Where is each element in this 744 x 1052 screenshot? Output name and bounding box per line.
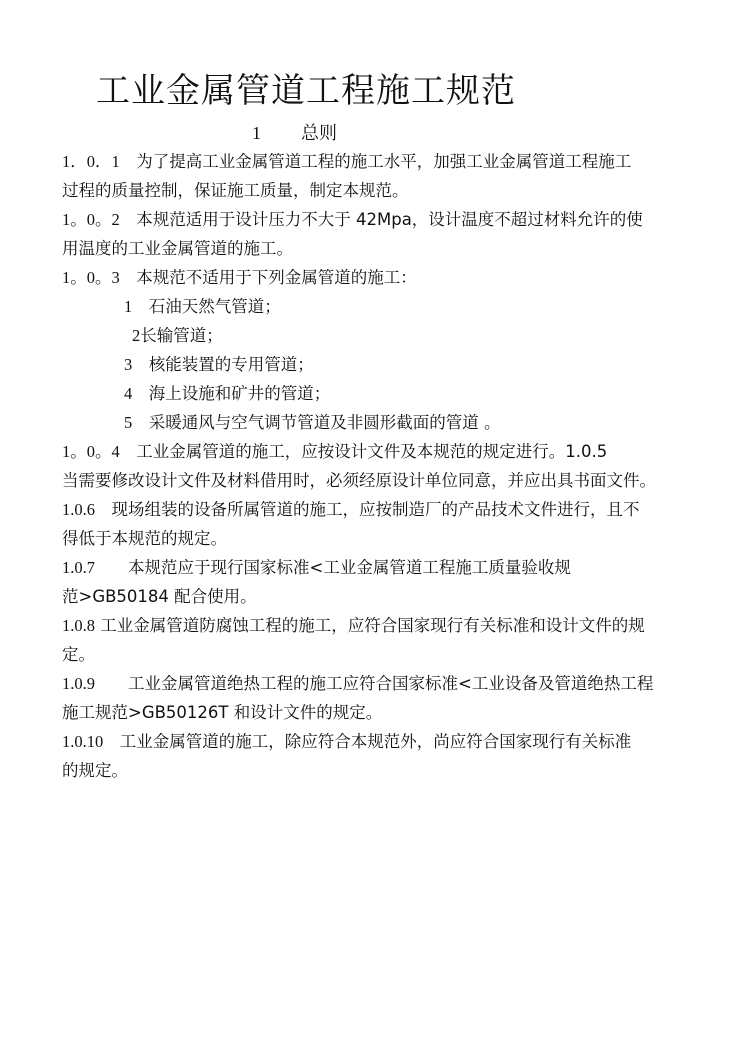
list-item-1: 1 石油天然气管道； <box>124 295 281 319</box>
list-number: 4 <box>124 384 132 403</box>
clause-1-0-8-cont: 定。 <box>62 643 95 667</box>
chapter-number: 1 <box>252 123 261 143</box>
clause-text: 本规范不适用于下列金属管道的施工： <box>120 268 417 287</box>
clause-1-0-8: 1.0.8 工业金属管道防腐蚀工程的施工，应符合国家现行有关标准和设计文件的规 <box>62 614 645 638</box>
clause-text: 过程的质量控制，保证施工质量，制定本规范。 <box>62 181 409 200</box>
clause-number: 1.0.9 <box>62 674 95 693</box>
chapter-heading: 1总则 <box>252 120 337 147</box>
clause-number: 1.0.7 <box>62 558 95 577</box>
clause-1-0-10: 1.0.10 工业金属管道的施工，除应符合本规范外，尚应符合国家现行有关标准 <box>62 730 631 754</box>
clause-text: 本规范应于现行国家标准<工业金属管道工程施工质量验收规 <box>95 558 571 577</box>
list-number: 5 <box>124 413 132 432</box>
list-item-3: 3 核能装置的专用管道； <box>124 353 314 377</box>
clause-text: 定。 <box>62 645 95 664</box>
clause-1-0-2: 1。0。2 本规范适用于设计压力不大于 42Mpa，设计温度不超过材料允许的使 <box>62 208 643 232</box>
clause-text: 本规范适用于设计压力不大于 42Mpa，设计温度不超过材料允许的使 <box>120 210 643 229</box>
clause-text: 工业金属管道的施工，应按设计文件及本规范的规定进行。1.0.5 <box>120 442 607 461</box>
clause-text: 的规定。 <box>62 761 128 780</box>
clause-number: 1。0。2 <box>62 210 120 229</box>
list-text: 海上设施和矿井的管道； <box>132 384 330 403</box>
clause-1-0-1-cont: 过程的质量控制，保证施工质量，制定本规范。 <box>62 179 409 203</box>
list-text: 长输管道； <box>140 326 223 345</box>
clause-text: 施工规范>GB50126T 和设计文件的规定。 <box>62 703 382 722</box>
document-page: 工业金属管道工程施工规范 1总则 1．0．1 为了提高工业金属管道工程的施工水平… <box>0 0 744 1052</box>
list-number: 1 <box>124 297 132 316</box>
list-item-5: 5 采暖通风与空气调节管道及非圆形截面的管道 。 <box>124 411 501 435</box>
clause-1-0-4: 1。0。4 工业金属管道的施工，应按设计文件及本规范的规定进行。1.0.5 <box>62 440 607 464</box>
clause-text: 工业金属管道绝热工程的施工应符合国家标准<工业设备及管道绝热工程 <box>95 674 653 693</box>
clause-text: 工业金属管道的施工，除应符合本规范外，尚应符合国家现行有关标准 <box>103 732 631 751</box>
clause-1-0-2-cont: 用温度的工业金属管道的施工。 <box>62 237 293 261</box>
clause-text: 得低于本规范的规定。 <box>62 529 227 548</box>
clause-number: 1.0.6 <box>62 500 95 519</box>
list-text: 石油天然气管道； <box>132 297 281 316</box>
list-text: 核能装置的专用管道； <box>132 355 314 374</box>
clause-1-0-6-cont: 得低于本规范的规定。 <box>62 527 227 551</box>
clause-text: 当需要修改设计文件及材料借用时，必须经原设计单位同意，并应出具书面文件。 <box>62 471 656 490</box>
clause-1-0-6: 1.0.6 现场组装的设备所属管道的施工，应按制造厂的产品技术文件进行，且不 <box>62 498 640 522</box>
clause-text: 用温度的工业金属管道的施工。 <box>62 239 293 258</box>
clause-number: 1．0．1 <box>62 152 120 171</box>
clause-1-0-9: 1.0.9 工业金属管道绝热工程的施工应符合国家标准<工业设备及管道绝热工程 <box>62 672 653 696</box>
clause-number: 1.0.10 <box>62 732 103 751</box>
clause-1-0-3: 1。0。3 本规范不适用于下列金属管道的施工： <box>62 266 417 290</box>
document-title: 工业金属管道工程施工规范 <box>96 70 516 112</box>
list-item-2: 2长输管道； <box>132 324 223 348</box>
clause-1-0-9-cont: 施工规范>GB50126T 和设计文件的规定。 <box>62 701 382 725</box>
clause-1-0-7-cont: 范>GB50184 配合使用。 <box>62 585 257 609</box>
clause-1-0-5: 当需要修改设计文件及材料借用时，必须经原设计单位同意，并应出具书面文件。 <box>62 469 656 493</box>
clause-number: 1。0。3 <box>62 268 120 287</box>
chapter-label: 总则 <box>301 123 337 144</box>
clause-1-0-10-cont: 的规定。 <box>62 759 128 783</box>
clause-text: 范>GB50184 配合使用。 <box>62 587 257 606</box>
list-number: 3 <box>124 355 132 374</box>
clause-text: 现场组装的设备所属管道的施工，应按制造厂的产品技术文件进行，且不 <box>95 500 640 519</box>
clause-number: 1.0.8 <box>62 616 95 635</box>
clause-number: 1。0。4 <box>62 442 120 461</box>
clause-1-0-1: 1．0．1 为了提高工业金属管道工程的施工水平，加强工业金属管道工程施工 <box>62 150 631 174</box>
list-text: 采暖通风与空气调节管道及非圆形截面的管道 。 <box>132 413 500 432</box>
clause-text: 工业金属管道防腐蚀工程的施工，应符合国家现行有关标准和设计文件的规 <box>95 616 645 635</box>
list-number: 2 <box>132 326 140 345</box>
list-item-4: 4 海上设施和矿井的管道； <box>124 382 330 406</box>
clause-text: 为了提高工业金属管道工程的施工水平，加强工业金属管道工程施工 <box>120 152 632 171</box>
clause-1-0-7: 1.0.7 本规范应于现行国家标准<工业金属管道工程施工质量验收规 <box>62 556 571 580</box>
